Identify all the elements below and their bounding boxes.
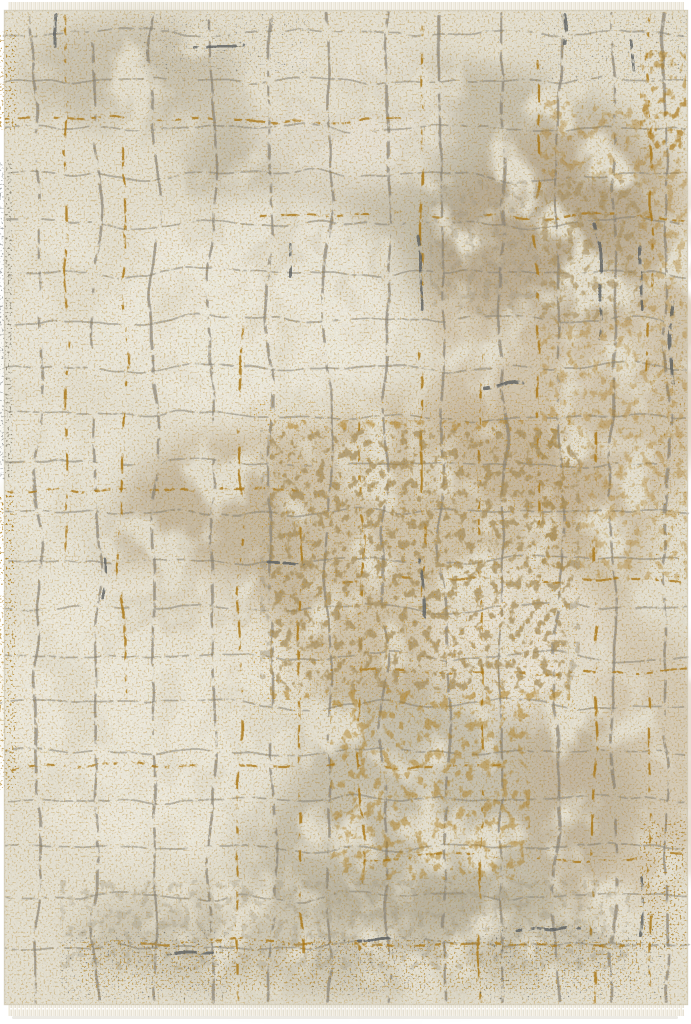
fabric-grain — [4, 10, 688, 1005]
rug-shadow — [12, 1016, 678, 1019]
rug-fringe-top — [8, 2, 684, 11]
rug-fringe-bottom — [8, 1004, 684, 1016]
product-photo — [0, 0, 691, 1024]
rug-body — [0, 10, 691, 1005]
rug-image — [0, 0, 691, 1024]
